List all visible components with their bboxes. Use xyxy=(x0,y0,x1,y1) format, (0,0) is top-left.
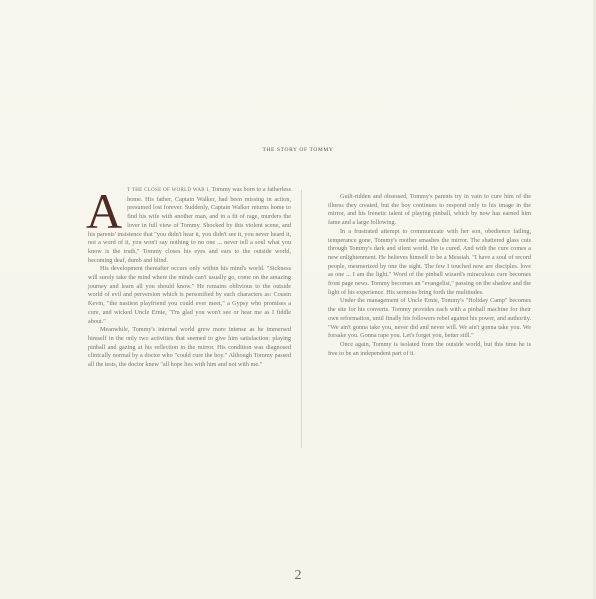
paragraph: Under the management of Uncle Ernie, Tom… xyxy=(328,297,531,341)
paragraph: Guilt-ridden and obsessed, Tommy's paren… xyxy=(328,193,531,228)
paragraph: In a frustrated attempt to communicate w… xyxy=(328,228,531,298)
drop-cap: A xyxy=(86,188,122,230)
booklet-page: THE STORY OF TOMMY At the close of World… xyxy=(0,0,596,599)
column-divider xyxy=(301,190,302,448)
paragraph: Meanwhile, Tommy's internal world grew m… xyxy=(88,326,291,370)
paragraph: Once again, Tommy is isolated from the o… xyxy=(328,341,531,358)
paragraph: His development thereafter occurs only w… xyxy=(88,265,291,326)
right-column: Guilt-ridden and obsessed, Tommy's paren… xyxy=(328,193,531,358)
page-title: THE STORY OF TOMMY xyxy=(0,147,596,153)
left-column: At the close of World War I, Tommy was b… xyxy=(88,186,291,370)
page-number: 2 xyxy=(0,568,596,584)
opening-smallcaps: t the close of World War I, xyxy=(127,188,210,193)
opening-paragraph: At the close of World War I, Tommy was b… xyxy=(88,186,291,265)
